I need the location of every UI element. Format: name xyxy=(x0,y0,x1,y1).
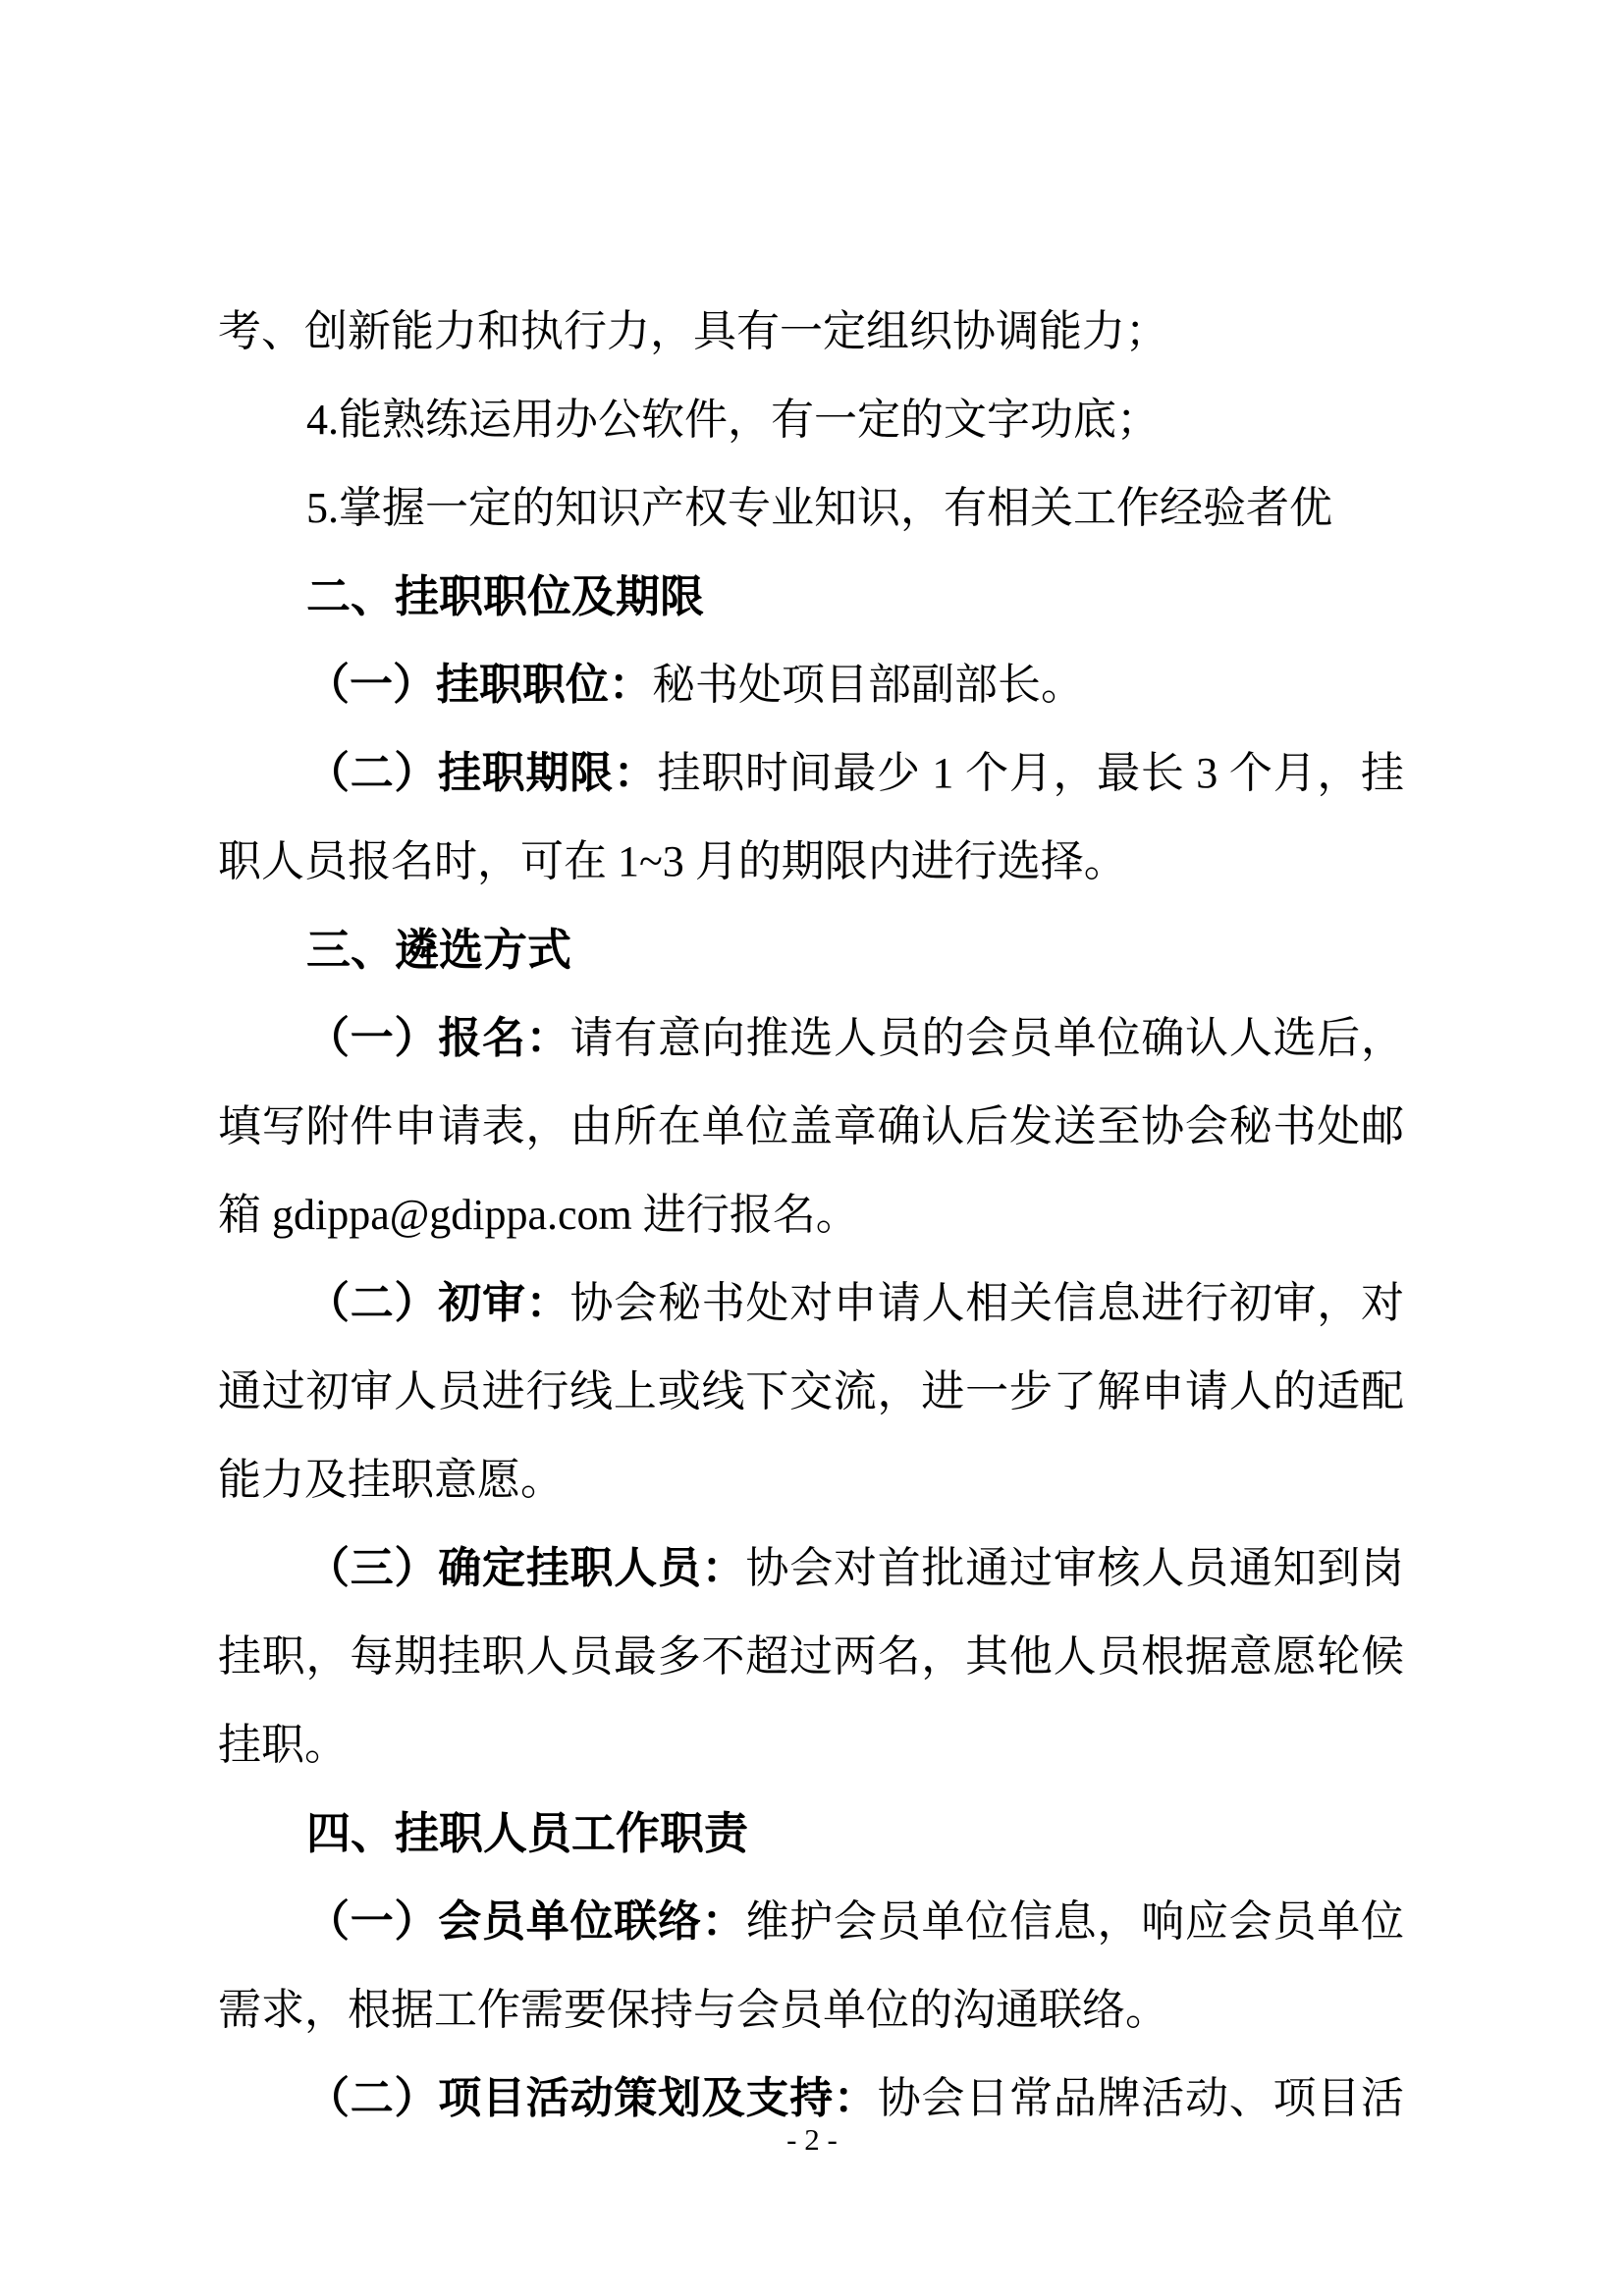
line-text: 填写附件申请表，由所在单位盖章确认后发送至协会秘书处邮 xyxy=(218,1102,1404,1150)
line-text: 通过初审人员进行线上或线下交流，进一步了解申请人的适配 xyxy=(218,1367,1404,1415)
heading-text: 三、遴选方式 xyxy=(306,925,571,975)
text-line: （三）确定挂职人员：协会对首批通过审核人员通知到岗 xyxy=(218,1524,1404,1613)
paragraph-label: （二）项目活动策划及支持： xyxy=(306,2074,878,2122)
line-text: 挂职，每期挂职人员最多不超过两名，其他人员根据意愿轮候 xyxy=(218,1632,1404,1681)
text-line: 能力及挂职意愿。 xyxy=(218,1436,1404,1524)
text-line: 4.能熟练运用办公软件，有一定的文字功底； xyxy=(218,376,1404,464)
text-line: 考、创新能力和执行力，具有一定组织协调能力； xyxy=(218,288,1404,376)
text-line: 需求，根据工作需要保持与会员单位的沟通联络。 xyxy=(218,1966,1404,2055)
page-number: - 2 - xyxy=(0,2118,1624,2162)
line-text: 秘书处项目部副部长。 xyxy=(652,661,1084,709)
paragraph-label: （三）确定挂职人员： xyxy=(306,1544,746,1592)
line-text: 请有意向推选人员的会员单位确认人选后， xyxy=(570,1014,1405,1062)
line-text: 协会对首批通过审核人员通知到岗 xyxy=(746,1544,1405,1592)
section-heading: 四、挂职人员工作职责 xyxy=(218,1789,1404,1878)
text-line: 挂职。 xyxy=(218,1701,1404,1789)
line-text: 协会秘书处对申请人相关信息进行初审，对 xyxy=(570,1279,1405,1327)
line-text: 能力及挂职意愿。 xyxy=(218,1456,564,1504)
text-line: 5.掌握一定的知识产权专业知识，有相关工作经验者优先。 xyxy=(218,464,1404,553)
line-text: 职人员报名时，可在 1~3 月的期限内进行选择。 xyxy=(218,837,1127,885)
heading-text: 二、挂职职位及期限 xyxy=(306,571,704,621)
paragraph-label: （二）挂职期限： xyxy=(306,749,658,797)
text-line-email: 箱 gdippa@gdippa.com 进行报名。 xyxy=(218,1171,1404,1259)
line-text: 协会日常品牌活动、项目活 xyxy=(878,2074,1404,2122)
document-body: 考、创新能力和执行力，具有一定组织协调能力； 4.能熟练运用办公软件，有一定的文… xyxy=(218,288,1404,2143)
line-text: 箱 gdippa@gdippa.com 进行报名。 xyxy=(218,1191,859,1239)
line-text: 挂职时间最少 1 个月，最长 3 个月，挂 xyxy=(658,749,1404,797)
paragraph-label: （一）报名： xyxy=(306,1014,570,1062)
text-line: 通过初审人员进行线上或线下交流，进一步了解申请人的适配 xyxy=(218,1348,1404,1436)
section-heading: 二、挂职职位及期限 xyxy=(218,553,1404,641)
line-text: 5.掌握一定的知识产权专业知识，有相关工作经验者优先。 xyxy=(218,484,1332,553)
text-line: 职人员报名时，可在 1~3 月的期限内进行选择。 xyxy=(218,818,1404,906)
paragraph-label: （一）会员单位联络： xyxy=(306,1897,746,1946)
text-line: （一）挂职职位：秘书处项目部副部长。 xyxy=(218,641,1404,729)
paragraph-label: （一）挂职职位： xyxy=(306,661,652,709)
text-line: （二）初审：协会秘书处对申请人相关信息进行初审，对 xyxy=(218,1259,1404,1348)
section-heading: 三、遴选方式 xyxy=(218,906,1404,994)
text-line: （一）报名：请有意向推选人员的会员单位确认人选后， xyxy=(218,994,1404,1083)
line-text: 需求，根据工作需要保持与会员单位的沟通联络。 xyxy=(218,1986,1168,2034)
line-text: 挂职。 xyxy=(218,1721,348,1769)
line-text: 维护会员单位信息，响应会员单位 xyxy=(746,1897,1405,1946)
text-line: 挂职，每期挂职人员最多不超过两名，其他人员根据意愿轮候 xyxy=(218,1613,1404,1701)
paragraph-label: （二）初审： xyxy=(306,1279,570,1327)
line-text: 4.能熟练运用办公软件，有一定的文字功底； xyxy=(306,396,1160,444)
text-line: （二）挂职期限：挂职时间最少 1 个月，最长 3 个月，挂 xyxy=(218,729,1404,818)
line-text: 考、创新能力和执行力，具有一定组织协调能力； xyxy=(218,307,1168,355)
heading-text: 四、挂职人员工作职责 xyxy=(306,1808,748,1858)
text-line: 填写附件申请表，由所在单位盖章确认后发送至协会秘书处邮 xyxy=(218,1083,1404,1171)
document-page: 考、创新能力和执行力，具有一定组织协调能力； 4.能熟练运用办公软件，有一定的文… xyxy=(0,0,1624,2296)
text-line: （一）会员单位联络：维护会员单位信息，响应会员单位 xyxy=(218,1878,1404,1966)
